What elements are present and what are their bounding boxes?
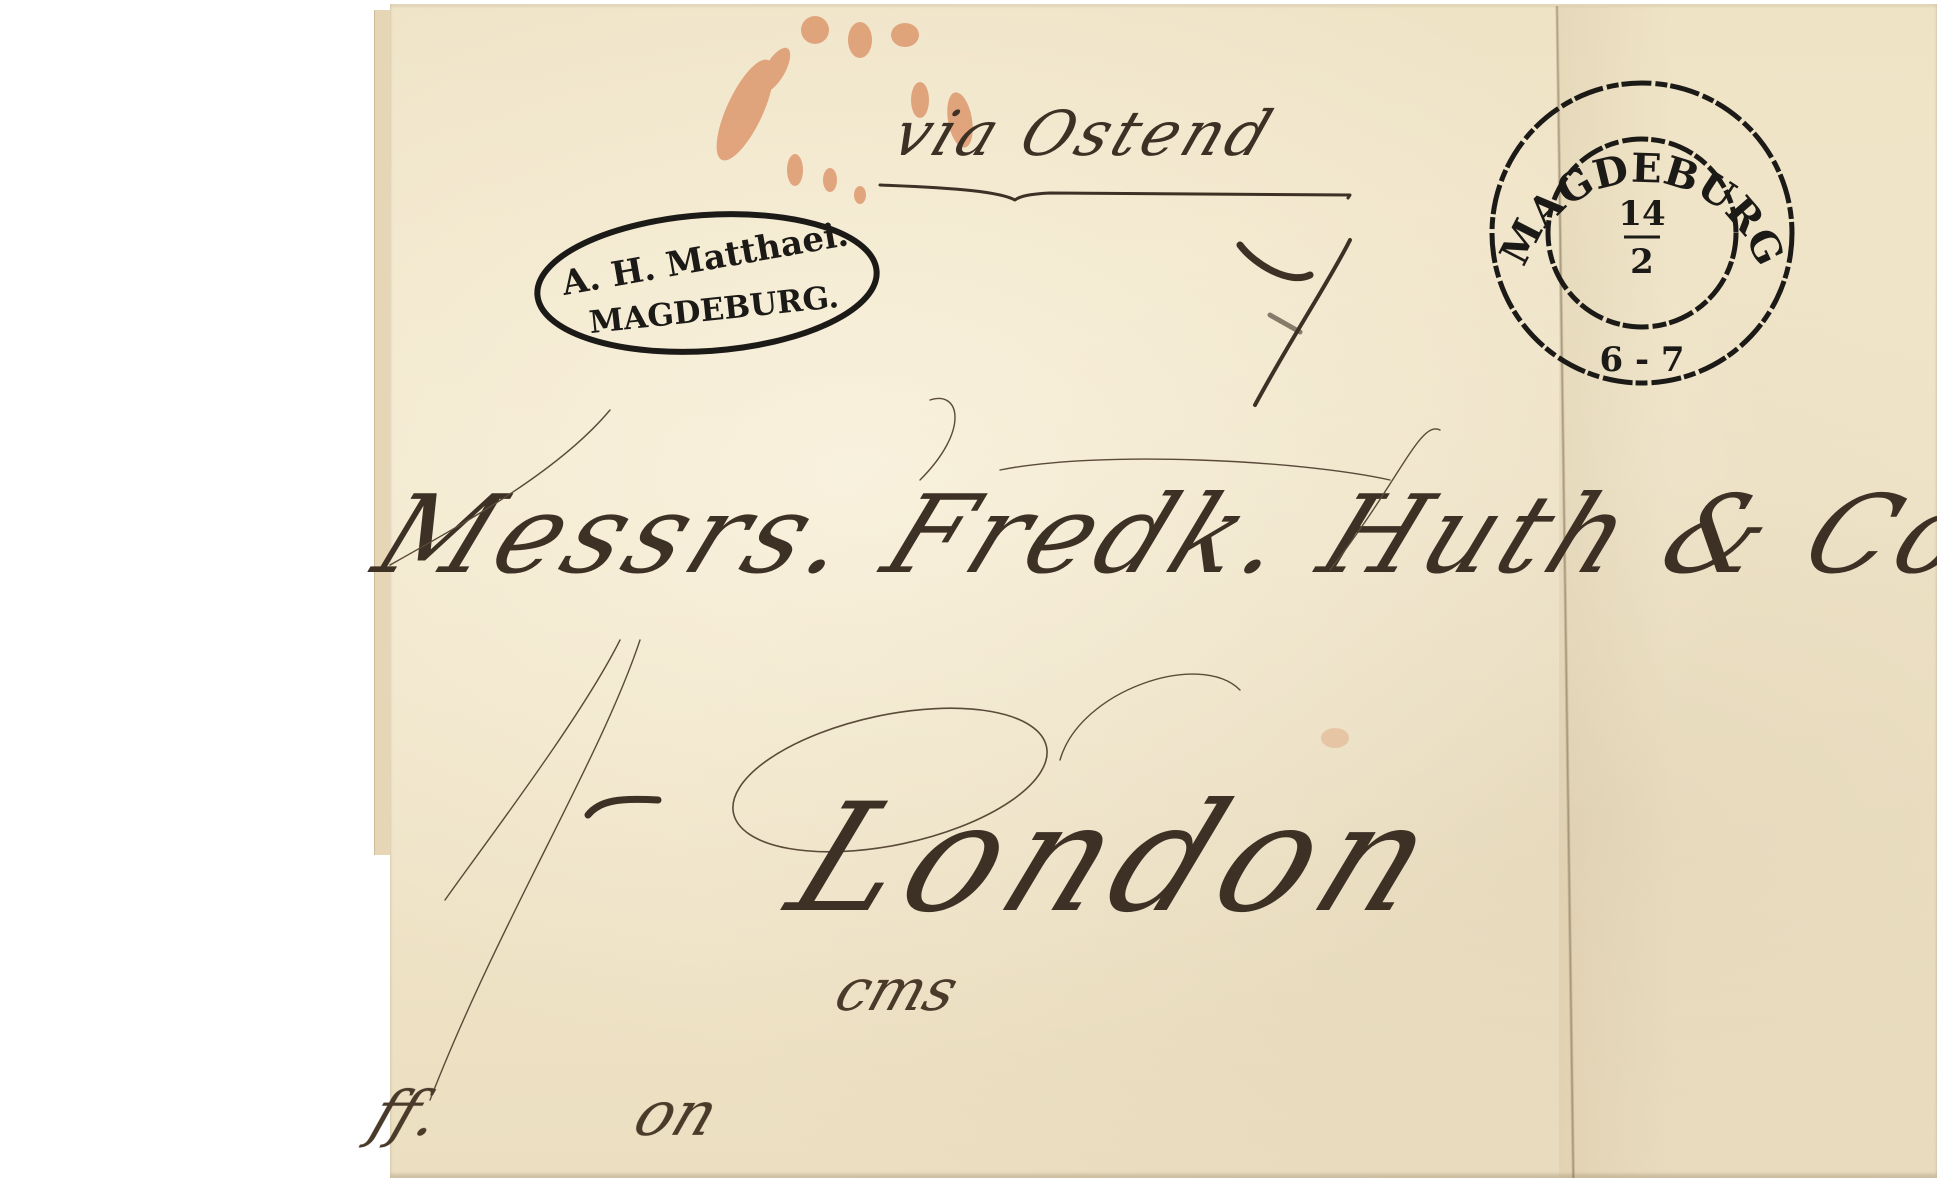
note-2: ff. on xyxy=(357,1079,728,1151)
route-instruction: via Ostend xyxy=(880,99,1350,200)
postmark-day: 14 xyxy=(1618,194,1665,234)
letter-image: A. H. Matthaei. MAGDEBURG. via Ostend 7 … xyxy=(0,0,1937,1182)
address-line-2: London xyxy=(720,674,1468,945)
address-line-1: Messrs. Fredk. Huth & Co. xyxy=(356,398,1937,598)
city-text: London xyxy=(765,771,1468,946)
addressee-text: Messrs. Fredk. Huth & Co. xyxy=(356,473,1937,598)
postmark: MAGDEBURG 14 2 6 - 7 xyxy=(1491,83,1794,383)
postmark-time: 6 - 7 xyxy=(1599,340,1684,380)
postmark-month: 2 xyxy=(1630,242,1654,282)
rate-marking: 7 xyxy=(0,0,1350,405)
route-text: via Ostend xyxy=(883,99,1284,171)
sender-cachet: A. H. Matthaei. MAGDEBURG. xyxy=(533,203,882,362)
markings-layer: A. H. Matthaei. MAGDEBURG. via Ostend 7 … xyxy=(0,0,1937,1182)
franking-text: fr- xyxy=(0,0,19,4)
note-1: cms xyxy=(827,957,966,1024)
